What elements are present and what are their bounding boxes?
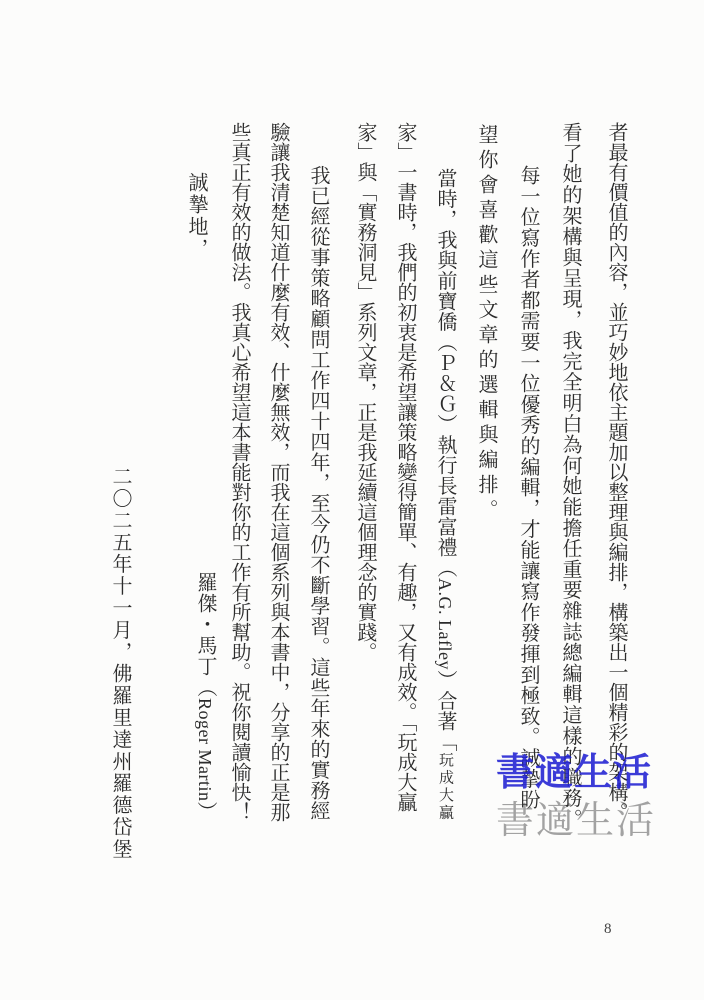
text-column-6: 家」一書時，我們的初衷是希望讓策略變得簡單、有趣，又有成效。「玩成大贏 [393, 122, 416, 812]
text-column-7: 家」與「實務洞見」系列文章，正是我延續這個理念的實踐。 [353, 122, 376, 662]
signature-date-place: 二〇二五年十一月，佛羅里達州羅德岱堡 [108, 466, 131, 860]
book-page: 書適生活 者最有價值的內容，並巧妙地依主題加以整理與編排，構築出一個精彩的架構。… [0, 0, 704, 1000]
signature-name-latin: Roger Martin [195, 698, 215, 801]
text-column-9: 驗讓我清楚知道什麼有效、什麼無效，而我在這個系列與本書中，分享的正是那 [266, 122, 289, 822]
watermark-blue: 書適生活 [496, 741, 652, 796]
text-column-3: 每一位寫作者都需要一位優秀的編輯，才能讓寫作發揮到極致。誠摯盼 [516, 165, 539, 810]
book-title-small-text: 玩成大贏 [437, 752, 453, 822]
text-column-10: 些真正有效的做法。我真心希望這本書能對你的工作有所幫助。祝你閱讀愉快！ [227, 122, 250, 822]
text-column-2: 看了她的架構與呈現，我完全明白為何她能擔任重要雜誌總編輯這樣的職務。 [558, 122, 581, 829]
text-column-5: 當時，我與前寶僑（Ｐ＆Ｇ）執行長雷富禮（A.G. Lafley）合著「玩成大贏 [433, 168, 456, 822]
coauthor-latin-name: A.G. Lafley [435, 578, 455, 670]
column-5-text-post: ）合著「 [434, 670, 456, 752]
signature-name-cjk: 羅傑・馬丁（ [194, 572, 216, 698]
text-column-1: 者最有價值的內容，並巧妙地依主題加以整理與編排，構築出一個精彩的架構。 [604, 122, 627, 822]
column-5-text-pre: 當時，我與前寶僑（Ｐ＆Ｇ）執行長雷富禮（ [434, 168, 456, 578]
page-number: 8 [604, 921, 612, 938]
text-column-4: 望你會喜歡這些文章的選輯與編排。 [474, 124, 497, 524]
closing-salutation: 誠摯地， [184, 172, 207, 260]
signature-name: 羅傑・馬丁（Roger Martin） [193, 572, 216, 822]
text-column-8: 我已經從事策略顧問工作四十四年，至今仍不斷學習。這些年來的實務經 [306, 165, 329, 821]
signature-name-close-paren: ） [194, 801, 216, 822]
